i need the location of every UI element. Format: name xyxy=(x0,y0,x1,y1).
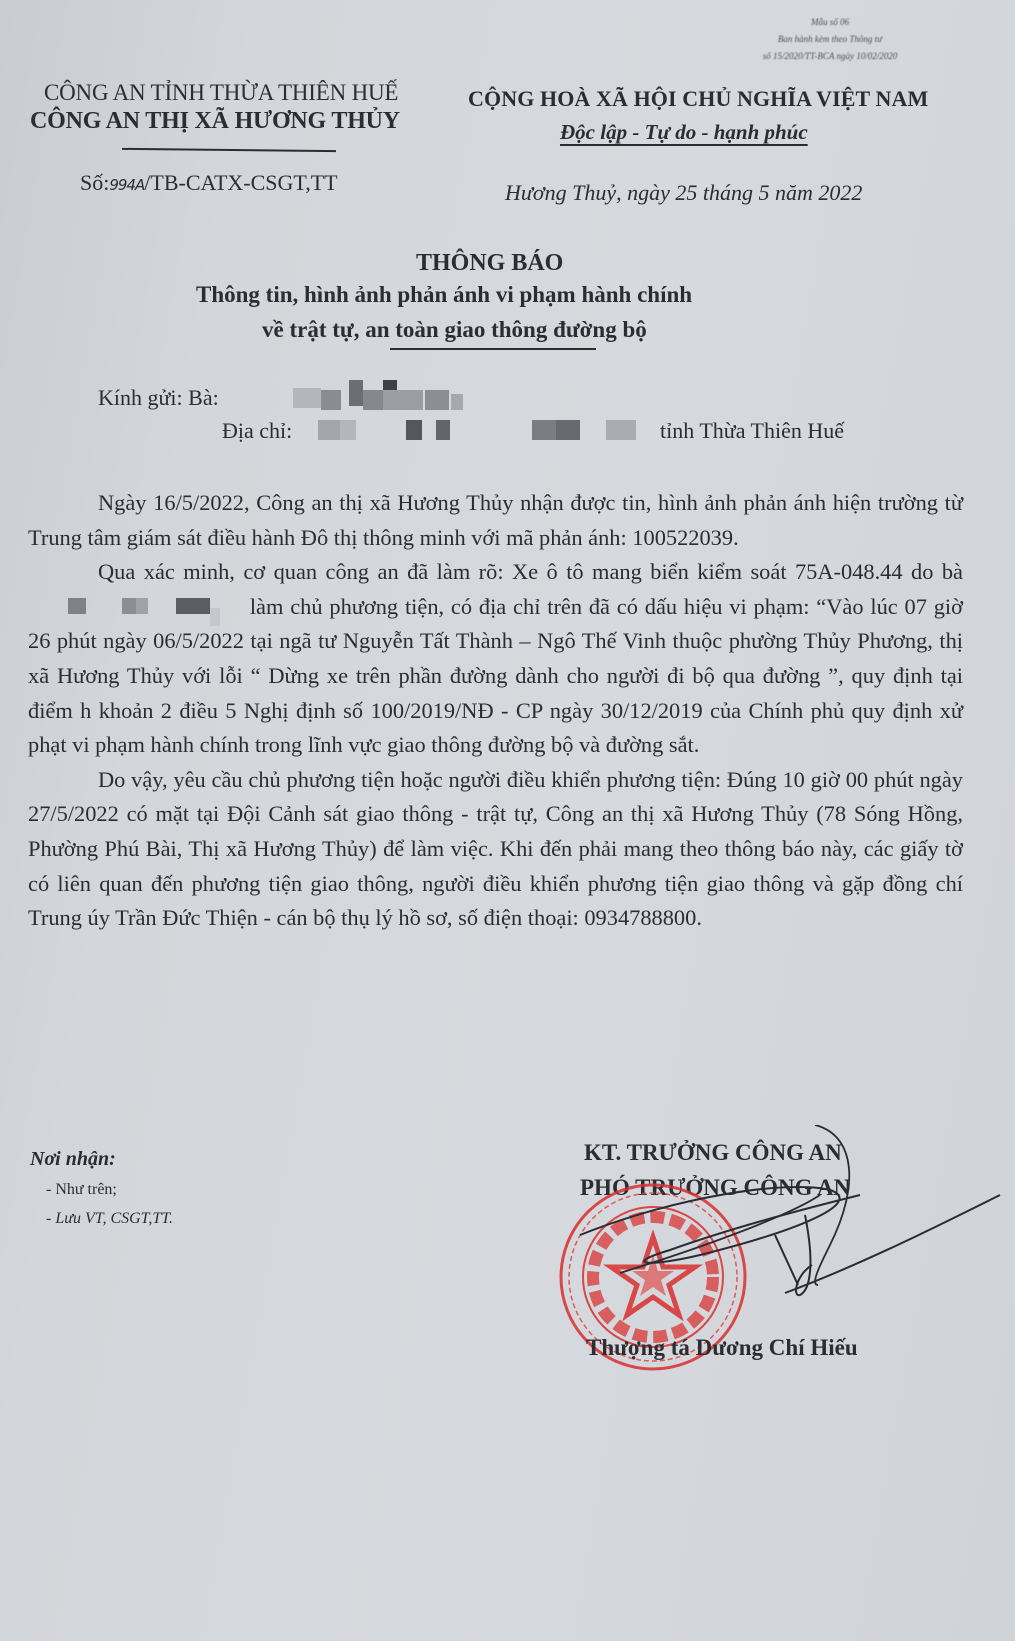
doc-number-suffix: /TB-CATX-CSGT,TT xyxy=(144,170,337,195)
recipients-title: Nơi nhận: xyxy=(30,1148,116,1171)
issue-date: Hương Thuỷ, ngày 25 tháng 5 năm 2022 xyxy=(505,180,862,206)
agency-underline xyxy=(122,148,336,152)
to-label: Kính gửi: xyxy=(98,385,183,410)
violation-intro: Qua xác minh, cơ quan công an đã làm rõ:… xyxy=(98,559,963,584)
paragraph-summons: Do vậy, yêu cầu chủ phương tiện hoặc ngư… xyxy=(28,763,963,936)
document-title: THÔNG BÁO xyxy=(416,250,563,277)
form-reference-note: Mẫu số 06 Ban hành kèm theo Thông tư số … xyxy=(730,14,930,65)
handwritten-signature xyxy=(560,1125,1015,1325)
parent-agency: CÔNG AN TỈNH THỪA THIÊN HUẾ xyxy=(44,80,398,106)
address-label: Địa chỉ: xyxy=(222,418,292,444)
national-title: CỘNG HOÀ XÃ HỘI CHỦ NGHĨA VIỆT NAM xyxy=(468,86,928,112)
recipient-item: - Lưu VT, CSGT,TT. xyxy=(46,1210,173,1228)
paragraph-report-received: Ngày 16/5/2022, Công an thị xã Hương Thủ… xyxy=(28,486,963,555)
paragraph-violation-details: Qua xác minh, cơ quan công an đã làm rõ:… xyxy=(28,555,963,763)
addressee-line: Kính gửi: Bà: xyxy=(98,385,219,411)
owner-name-redacted xyxy=(28,598,243,620)
salutation: Bà: xyxy=(188,385,219,410)
national-motto: Độc lập - Tự do - hạnh phúc xyxy=(560,120,808,145)
subtitle-underline xyxy=(390,348,596,350)
address-redacted xyxy=(310,420,650,444)
form-note-line-3: số 15/2020/TT-BCA ngày 10/02/2020 xyxy=(730,48,930,65)
document-page: Mẫu số 06 Ban hành kèm theo Thông tư số … xyxy=(0,0,1015,1641)
notice-body: Ngày 16/5/2022, Công an thị xã Hương Thủ… xyxy=(28,486,963,936)
signer-name: Thượng tá Dương Chí Hiếu xyxy=(586,1335,858,1361)
address-province: tỉnh Thừa Thiên Huế xyxy=(660,418,844,444)
doc-number-handwritten: 994A xyxy=(109,176,144,194)
document-subtitle-line-2: về trật tự, an toàn giao thông đường bộ xyxy=(262,317,647,343)
form-note-line-2: Ban hành kèm theo Thông tư xyxy=(730,31,930,48)
form-note-line-1: Mẫu số 06 xyxy=(730,14,930,31)
document-subtitle-line-1: Thông tin, hình ảnh phản ánh vi phạm hàn… xyxy=(196,282,692,308)
doc-number-prefix: Số: xyxy=(80,170,109,195)
issuing-agency: CÔNG AN THỊ XÃ HƯƠNG THỦY xyxy=(30,108,400,135)
addressee-name-redacted xyxy=(265,380,475,412)
subtitle-text: về trật tự, an toàn giao thông đường bộ xyxy=(262,317,647,342)
document-number: Số:994A/TB-CATX-CSGT,TT xyxy=(80,170,338,196)
recipient-item: - Như trên; xyxy=(46,1181,117,1199)
